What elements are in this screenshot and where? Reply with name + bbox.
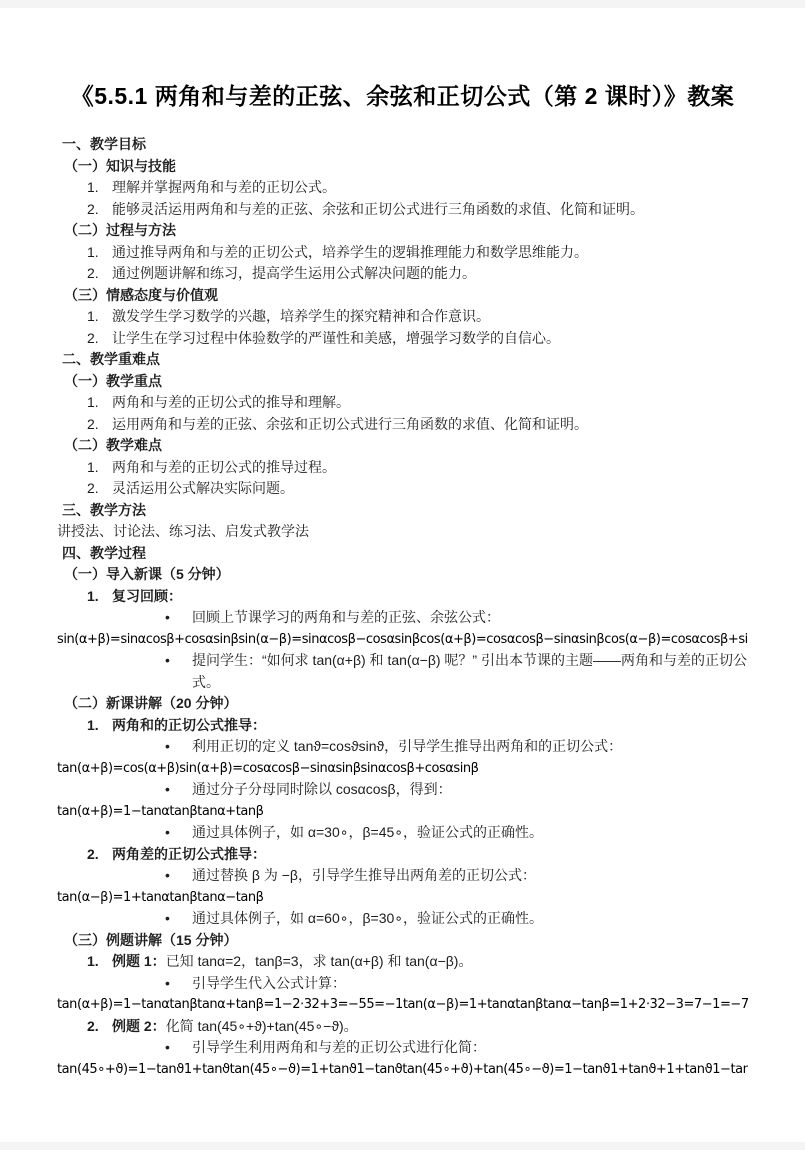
- bullet-text: 利用正切的定义 tanϑ=cosϑsinϑ，引导学生推导出两角和的正切公式：: [192, 736, 748, 758]
- list-number: 2.: [87, 328, 112, 350]
- list-number: 1.: [87, 392, 112, 414]
- numbered-item: 2.让学生在学习过程中体验数学的严谨性和美感，增强学习数学的自信心。: [57, 328, 748, 350]
- list-item-text: 灵活运用公式解决实际问题。: [112, 478, 748, 500]
- bullet-text: 通过具体例子，如 α=60∘，β=30∘，验证公式的正确性。: [192, 908, 748, 930]
- bullet-icon: •: [165, 908, 192, 930]
- list-item-bold-text: 例题 2：: [112, 1016, 166, 1038]
- subsection-heading: （三）例题讲解（15 分钟）: [57, 930, 748, 952]
- numbered-item: 1.两角和的正切公式推导：: [57, 715, 748, 737]
- list-item-text: 通过推导两角和与差的正切公式，培养学生的逻辑推理能力和数学思维能力。: [112, 242, 748, 264]
- formula-line: tan(α−β)=1+tanαtanβtanα−tanβ: [57, 887, 748, 909]
- list-number: 1.: [87, 177, 112, 199]
- bullet-item: •通过具体例子，如 α=60∘，β=30∘，验证公式的正确性。: [57, 908, 748, 930]
- list-number: 2.: [87, 414, 112, 436]
- bullet-text: 通过分子分母同时除以 cosαcosβ，得到：: [192, 779, 748, 801]
- line-text: （三）情感态度与价值观: [64, 287, 218, 303]
- numbered-item: 1.两角和与差的正切公式的推导和理解。: [57, 392, 748, 414]
- bullet-icon: •: [165, 865, 192, 887]
- bullet-text: 引导学生代入公式计算：: [192, 973, 748, 995]
- list-number: 1.: [87, 951, 112, 973]
- list-number: 2.: [87, 1016, 112, 1038]
- paragraph: 讲授法、讨论法、练习法、启发式教学法: [57, 521, 748, 543]
- subsection-heading: （二）教学难点: [57, 435, 748, 457]
- bullet-item: •提问学生：“如何求 tan(α+β) 和 tan(α−β) 呢？” 引出本节课…: [57, 650, 748, 693]
- line-text: （二）新课讲解（20 分钟）: [64, 695, 237, 711]
- bullet-text: 通过替换 β 为 −β，引导学生推导出两角差的正切公式：: [192, 865, 748, 887]
- line-text: （二）教学难点: [64, 437, 162, 453]
- subsection-heading: （一）导入新课（5 分钟）: [57, 564, 748, 586]
- list-item-text: 化简 tan(45∘+ϑ)+tan(45∘−ϑ)。: [166, 1016, 748, 1038]
- bullet-icon: •: [165, 973, 192, 995]
- bullet-text: 通过具体例子，如 α=30∘，β=45∘，验证公式的正确性。: [192, 822, 748, 844]
- formula-line: sin(α+β)=sinαcosβ+cosαsinβsin(α−β)=sinαc…: [57, 629, 748, 651]
- formula-line: tan(α+β)=1−tanαtanβtanα+tanβ: [57, 801, 748, 823]
- line-text: 二、教学重难点: [62, 351, 160, 367]
- list-item-text: 让学生在学习过程中体验数学的严谨性和美感，增强学习数学的自信心。: [112, 328, 748, 350]
- list-number: 1.: [87, 306, 112, 328]
- subsection-heading: （二）过程与方法: [57, 220, 748, 242]
- bullet-icon: •: [165, 736, 192, 758]
- list-number: 2.: [87, 263, 112, 285]
- subsection-heading: （二）新课讲解（20 分钟）: [57, 693, 748, 715]
- list-item-text: 两角和与差的正切公式的推导和理解。: [112, 392, 748, 414]
- list-item-bold-text: 例题 1：: [112, 951, 166, 973]
- line-text: 三、教学方法: [62, 502, 146, 518]
- bullet-text: 提问学生：“如何求 tan(α+β) 和 tan(α−β) 呢？” 引出本节课的…: [192, 650, 748, 693]
- bullet-icon: •: [165, 822, 192, 844]
- line-text: 讲授法、讨论法、练习法、启发式教学法: [57, 523, 309, 539]
- subsection-heading: （一）教学重点: [57, 371, 748, 393]
- formula-line: tan(45∘+ϑ)=1−tanϑ1+tanϑtan(45∘−ϑ)=1+tanϑ…: [57, 1059, 748, 1081]
- numbered-item: 1.复习回顾：: [57, 586, 748, 608]
- section-heading: 二、教学重难点: [57, 349, 748, 371]
- numbered-item: 1.激发学生学习数学的兴趣，培养学生的探究精神和合作意识。: [57, 306, 748, 328]
- bullet-item: •通过分子分母同时除以 cosαcosβ，得到：: [57, 779, 748, 801]
- numbered-item: 2.灵活运用公式解决实际问题。: [57, 478, 748, 500]
- numbered-item: 2.通过例题讲解和练习，提高学生运用公式解决问题的能力。: [57, 263, 748, 285]
- list-item-text: 已知 tanα=2，tanβ=3，求 tan(α+β) 和 tan(α−β)。: [166, 951, 748, 973]
- list-number: 1.: [87, 715, 112, 737]
- line-text: tan(α+β)=cos(α+β)sin(α+β)=cosαcosβ−sinαs…: [57, 761, 479, 776]
- numbered-item: 1.两角和与差的正切公式的推导过程。: [57, 457, 748, 479]
- document-title: 《5.5.1 两角和与差的正弦、余弦和正切公式（第 2 课时）》教案: [57, 80, 748, 112]
- numbered-item: 1.理解并掌握两角和与差的正切公式。: [57, 177, 748, 199]
- numbered-item: 2.运用两角和与差的正弦、余弦和正切公式进行三角函数的求值、化简和证明。: [57, 414, 748, 436]
- list-item-text: 理解并掌握两角和与差的正切公式。: [112, 177, 748, 199]
- formula-line: tan(α+β)=cos(α+β)sin(α+β)=cosαcosβ−sinαs…: [57, 758, 748, 780]
- document-page: 《5.5.1 两角和与差的正弦、余弦和正切公式（第 2 课时）》教案 一、教学目…: [0, 8, 805, 1142]
- line-text: 一、教学目标: [62, 136, 146, 152]
- list-number: 1.: [87, 457, 112, 479]
- document-body: 一、教学目标（一）知识与技能1.理解并掌握两角和与差的正切公式。2.能够灵活运用…: [57, 134, 748, 1080]
- list-item-bold-text: 两角和的正切公式推导：: [112, 715, 266, 737]
- line-text: 四、教学过程: [62, 545, 146, 561]
- bullet-item: •回顾上节课学习的两角和与差的正弦、余弦公式：: [57, 607, 748, 629]
- numbered-item: 1.例题 1：已知 tanα=2，tanβ=3，求 tan(α+β) 和 tan…: [57, 951, 748, 973]
- list-number: 1.: [87, 586, 112, 608]
- line-text: tan(α−β)=1+tanαtanβtanα−tanβ: [57, 890, 264, 905]
- line-text: （三）例题讲解（15 分钟）: [64, 932, 237, 948]
- line-text: （一）教学重点: [64, 373, 162, 389]
- list-item-text: 能够灵活运用两角和与差的正弦、余弦和正切公式进行三角函数的求值、化简和证明。: [112, 199, 748, 221]
- bullet-item: •通过替换 β 为 −β，引导学生推导出两角差的正切公式：: [57, 865, 748, 887]
- list-item-text: 运用两角和与差的正弦、余弦和正切公式进行三角函数的求值、化简和证明。: [112, 414, 748, 436]
- bullet-item: •引导学生代入公式计算：: [57, 973, 748, 995]
- bullet-text: 引导学生利用两角和与差的正切公式进行化简：: [192, 1037, 748, 1059]
- line-text: tan(α+β)=1−tanαtanβtanα+tanβ: [57, 804, 264, 819]
- list-item-text: 两角和与差的正切公式的推导过程。: [112, 457, 748, 479]
- numbered-item: 2.两角差的正切公式推导：: [57, 844, 748, 866]
- numbered-item: 1.通过推导两角和与差的正切公式，培养学生的逻辑推理能力和数学思维能力。: [57, 242, 748, 264]
- bullet-icon: •: [165, 650, 192, 693]
- bullet-icon: •: [165, 1037, 192, 1059]
- bullet-text: 回顾上节课学习的两角和与差的正弦、余弦公式：: [192, 607, 748, 629]
- bullet-icon: •: [165, 779, 192, 801]
- list-item-text: 激发学生学习数学的兴趣，培养学生的探究精神和合作意识。: [112, 306, 748, 328]
- formula-line: tan(α+β)=1−tanαtanβtanα+tanβ=1−2⋅32+3=−5…: [57, 994, 748, 1016]
- subsection-heading: （一）知识与技能: [57, 156, 748, 178]
- line-text: （一）知识与技能: [64, 158, 176, 174]
- list-number: 2.: [87, 199, 112, 221]
- bullet-item: •利用正切的定义 tanϑ=cosϑsinϑ，引导学生推导出两角和的正切公式：: [57, 736, 748, 758]
- line-text: sin(α+β)=sinαcosβ+cosαsinβsin(α−β)=sinαc…: [57, 632, 748, 647]
- section-heading: 四、教学过程: [57, 543, 748, 565]
- line-text: （二）过程与方法: [64, 222, 176, 238]
- section-heading: 一、教学目标: [57, 134, 748, 156]
- list-number: 2.: [87, 478, 112, 500]
- list-item-text: 通过例题讲解和练习，提高学生运用公式解决问题的能力。: [112, 263, 748, 285]
- bullet-icon: •: [165, 607, 192, 629]
- line-text: tan(45∘+ϑ)=1−tanϑ1+tanϑtan(45∘−ϑ)=1+tanϑ…: [57, 1062, 748, 1077]
- list-item-bold-text: 两角差的正切公式推导：: [112, 844, 266, 866]
- bullet-item: •引导学生利用两角和与差的正切公式进行化简：: [57, 1037, 748, 1059]
- list-item-bold-text: 复习回顾：: [112, 586, 182, 608]
- list-number: 1.: [87, 242, 112, 264]
- numbered-item: 2.例题 2：化简 tan(45∘+ϑ)+tan(45∘−ϑ)。: [57, 1016, 748, 1038]
- bullet-item: •通过具体例子，如 α=30∘，β=45∘，验证公式的正确性。: [57, 822, 748, 844]
- line-text: tan(α+β)=1−tanαtanβtanα+tanβ=1−2⋅32+3=−5…: [57, 997, 748, 1012]
- subsection-heading: （三）情感态度与价值观: [57, 285, 748, 307]
- line-text: （一）导入新课（5 分钟）: [64, 566, 230, 582]
- numbered-item: 2.能够灵活运用两角和与差的正弦、余弦和正切公式进行三角函数的求值、化简和证明。: [57, 199, 748, 221]
- section-heading: 三、教学方法: [57, 500, 748, 522]
- list-number: 2.: [87, 844, 112, 866]
